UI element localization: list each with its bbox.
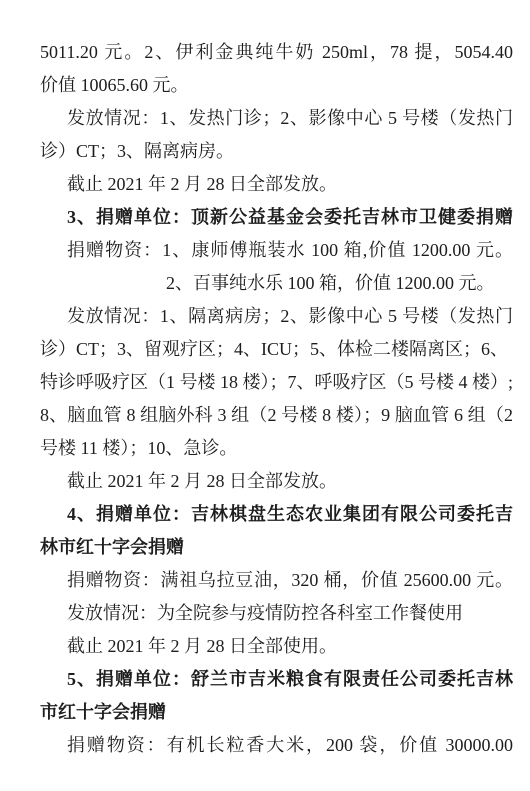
document-line: 发放情况：1、隔离病房；2、影像中心 5 号楼（发热门 bbox=[40, 300, 513, 333]
document-line: 5011.20 元。2、伊利金典纯牛奶 250ml，78 提，5054.40 元… bbox=[40, 36, 513, 69]
document-line: 发放情况：1、发热门诊；2、影像中心 5 号楼（发热门 bbox=[40, 102, 513, 135]
document-line: 诊）CT；3、留观疗区；4、ICU；5、体检二楼隔离区；6、 bbox=[40, 333, 513, 366]
document-line: 号楼 11 楼）；10、急诊。 bbox=[40, 432, 513, 465]
section-heading-line: 3、捐赠单位：顶新公益基金会委托吉林市卫健委捐赠 bbox=[40, 201, 513, 234]
document-line: 发放情况：为全院参与疫情防控各科室工作餐使用 bbox=[40, 597, 513, 630]
document-line: 特诊呼吸疗区（1 号楼 18 楼）；7、呼吸疗区（5 号楼 4 楼）; bbox=[40, 366, 513, 399]
section-heading-line: 5、捐赠单位：舒兰市吉米粮食有限责任公司委托吉林 bbox=[40, 663, 513, 696]
document-line: 捐赠物资：有机长粒香大米，200 袋，价值 30000.00 元。 bbox=[40, 729, 513, 762]
document-line: 捐赠物资：1、康师傅瓶装水 100 箱,价值 1200.00 元。 bbox=[40, 234, 513, 267]
document-line: 8、脑血管 8 组脑外科 3 组（2 号楼 8 楼）；9 脑血管 6 组（2 bbox=[40, 399, 513, 432]
section-heading-line: 林市红十字会捐赠 bbox=[40, 531, 513, 564]
document-line: 诊）CT；3、隔离病房。 bbox=[40, 135, 513, 168]
document-line: 截止 2021 年 2 月 28 日全部发放。 bbox=[40, 168, 513, 201]
document-line: 截止 2021 年 2 月 28 日全部使用。 bbox=[40, 630, 513, 663]
section-heading-line: 4、捐赠单位：吉林棋盘生态农业集团有限公司委托吉 bbox=[40, 498, 513, 531]
document-line: 捐赠物资：满祖乌拉豆油，320 桶，价值 25600.00 元。 bbox=[40, 564, 513, 597]
document-line: 截止 2021 年 2 月 28 日全部发放。 bbox=[40, 465, 513, 498]
document-line: 价值 10065.60 元。 bbox=[40, 69, 513, 102]
section-heading-line: 市红十字会捐赠 bbox=[40, 696, 513, 729]
document-line: 2、百事纯水乐 100 箱，价值 1200.00 元。 bbox=[40, 267, 513, 300]
document-text-body: 5011.20 元。2、伊利金典纯牛奶 250ml，78 提，5054.40 元… bbox=[40, 36, 513, 762]
document-page: 5011.20 元。2、伊利金典纯牛奶 250ml，78 提，5054.40 元… bbox=[0, 0, 530, 791]
